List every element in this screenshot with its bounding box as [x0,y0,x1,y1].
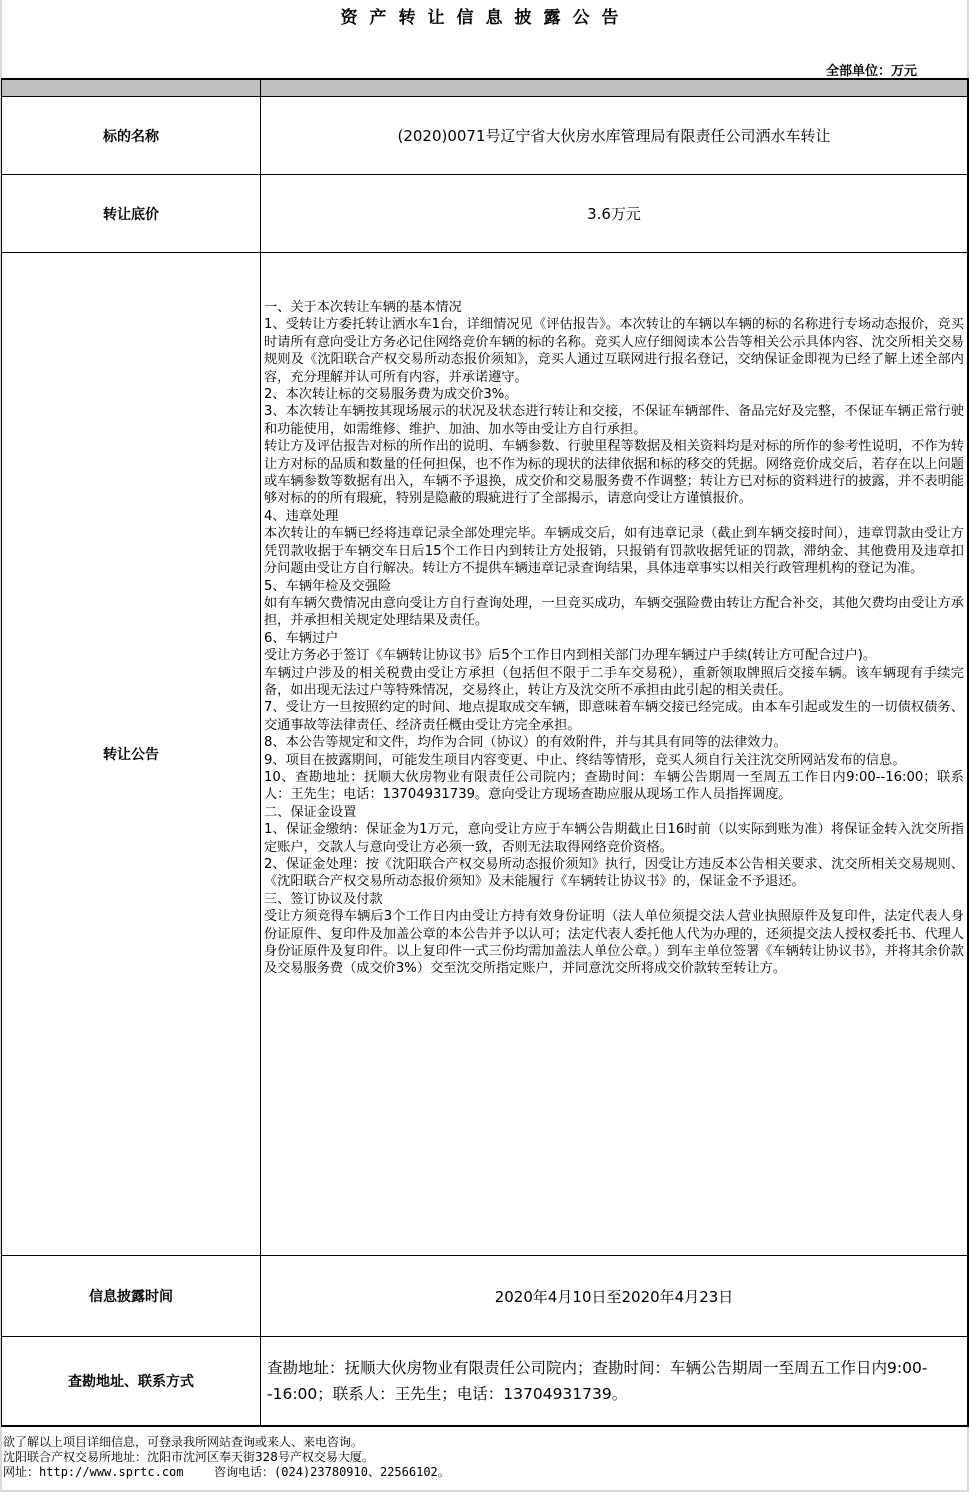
notice-paragraph: 3、本次转让车辆按其现场展示的状况及状态进行转让和交接，不保证车辆部件、备品完好… [264,403,964,438]
disclosure-period-value: 2020年4月10日至2020年4月23日 [261,1256,969,1337]
notice-paragraph: 转让方及评估报告对标的所作出的说明、车辆参数、行驶里程等数据及相关资料均是对标的… [264,438,964,508]
footer-line-info: 欲了解以上项目详细信息，可登录我所网站查询或来人、来电咨询。 [3,1435,450,1450]
header-cell-right [261,79,969,97]
unit-note: 全部单位：万元 [826,60,917,79]
notice-paragraph: 如有车辆欠费情况由意向受让方自行查询处理，一旦竞买成功，车辆交强险费由转让方配合… [264,595,964,630]
row-reserve-price: 转让底价 3.6万元 [2,175,969,253]
reserve-price-label: 转让底价 [2,175,261,253]
notice-paragraph: 8、本公告等规定和文件，均作为合同（协议）的有效附件，并与其具有同等的法律效力。 [264,734,964,751]
notice-paragraph: 1、受转让方委托转让洒水车1台，详细情况见《评估报告》。本次转让的车辆以车辆的标… [264,316,964,386]
notice-paragraph: 6、车辆过户 [264,630,964,647]
notice-paragraph: 受让方务必于签订《车辆转让协议书》后5个工作日内到相关部门办理车辆过户手续(转让… [264,647,964,664]
notice-paragraph: 2、保证金处理：按《沈阳联合产权交易所动态报价须知》执行，因受让方违反本公告相关… [264,856,964,891]
phone-number: (024)23780910、22566102。 [274,1465,450,1479]
notice-paragraph: 9、项目在披露期间，可能发生项目内容变更、中止、终结等情形，竞买人须自行关注沈交… [264,752,964,769]
notice-label: 转让公告 [2,253,261,1256]
row-contact: 查勘地址、联系方式 查勘地址：抚顺大伙房物业有限责任公司院内；查勘时间：车辆公告… [2,1337,969,1426]
table-header-bar [2,79,969,97]
subject-name-label: 标的名称 [2,97,261,175]
notice-paragraph: 5、车辆年检及交强险 [264,578,964,595]
notice-paragraph: 10、查勘地址：抚顺大伙房物业有限责任公司院内；查勘时间：车辆公告期周一至周五工… [264,769,964,804]
contact-label: 查勘地址、联系方式 [2,1337,261,1426]
notice-paragraph: 受让方须竞得车辆后3个工作日内由受让方持有效身份证明（法人单位须提交法人营业执照… [264,908,964,978]
footer: 欲了解以上项目详细信息，可登录我所网站查询或来人、来电咨询。 沈阳联合产权交易所… [3,1435,450,1480]
disclosure-table: 标的名称 (2020)0071号辽宁省大伙房水库管理局有限责任公司洒水车转让 转… [1,78,969,1427]
notice-paragraph: 车辆过户涉及的相关税费由受让方承担（包括但不限于二手车交易税），重新领取牌照后交… [264,665,964,700]
reserve-price-value: 3.6万元 [261,175,969,253]
row-subject-name: 标的名称 (2020)0071号辽宁省大伙房水库管理局有限责任公司洒水车转让 [2,97,969,175]
row-disclosure-period: 信息披露时间 2020年4月10日至2020年4月23日 [2,1256,969,1337]
header-cell-left [2,79,261,97]
notice-paragraph: 二、保证金设置 [264,804,964,821]
notice-paragraph: 本次转让的车辆已经将违章记录全部处理完毕。车辆成交后，如有违章记录（截止到车辆交… [264,525,964,577]
notice-body: 一、关于本次转让车辆的基本情况 1、受转让方委托转让洒水车1台，详细情况见《评估… [261,253,969,1256]
notice-paragraph: 1、保证金缴纳：保证金为1万元，意向受让方应于车辆公告期截止日16时前（以实际到… [264,821,964,856]
contact-value: 查勘地址：抚顺大伙房物业有限责任公司院内；查勘时间：车辆公告期周一至周五工作日内… [261,1337,969,1426]
disclosure-period-label: 信息披露时间 [2,1256,261,1337]
website-link[interactable]: http://www.sprtc.com [39,1465,184,1479]
subject-name-value: (2020)0071号辽宁省大伙房水库管理局有限责任公司洒水车转让 [261,97,969,175]
website-label: 网址： [3,1465,39,1479]
phone-label: 咨询电话： [214,1465,274,1479]
notice-paragraph: 2、本次转让标的交易服务费为成交价3%。 [264,386,964,403]
notice-paragraph: 三、签订协议及付款 [264,891,964,908]
footer-line-address: 沈阳联合产权交易所地址：沈阳市沈河区奉天街328号产权交易大厦。 [3,1450,450,1465]
notice-paragraph: 4、违章处理 [264,508,964,525]
notice-paragraph: 一、关于本次转让车辆的基本情况 [264,299,964,316]
document-title: 资产转让信息披露公告 [0,3,971,28]
notice-paragraph: 7、受让方一旦按照约定的时间、地点提取成交车辆，即意味着车辆交接已经完成。由本车… [264,699,964,734]
footer-line-contact: 网址：http://www.sprtc.com 咨询电话：(024)237809… [3,1465,450,1480]
row-notice: 转让公告 一、关于本次转让车辆的基本情况 1、受转让方委托转让洒水车1台，详细情… [2,253,969,1256]
